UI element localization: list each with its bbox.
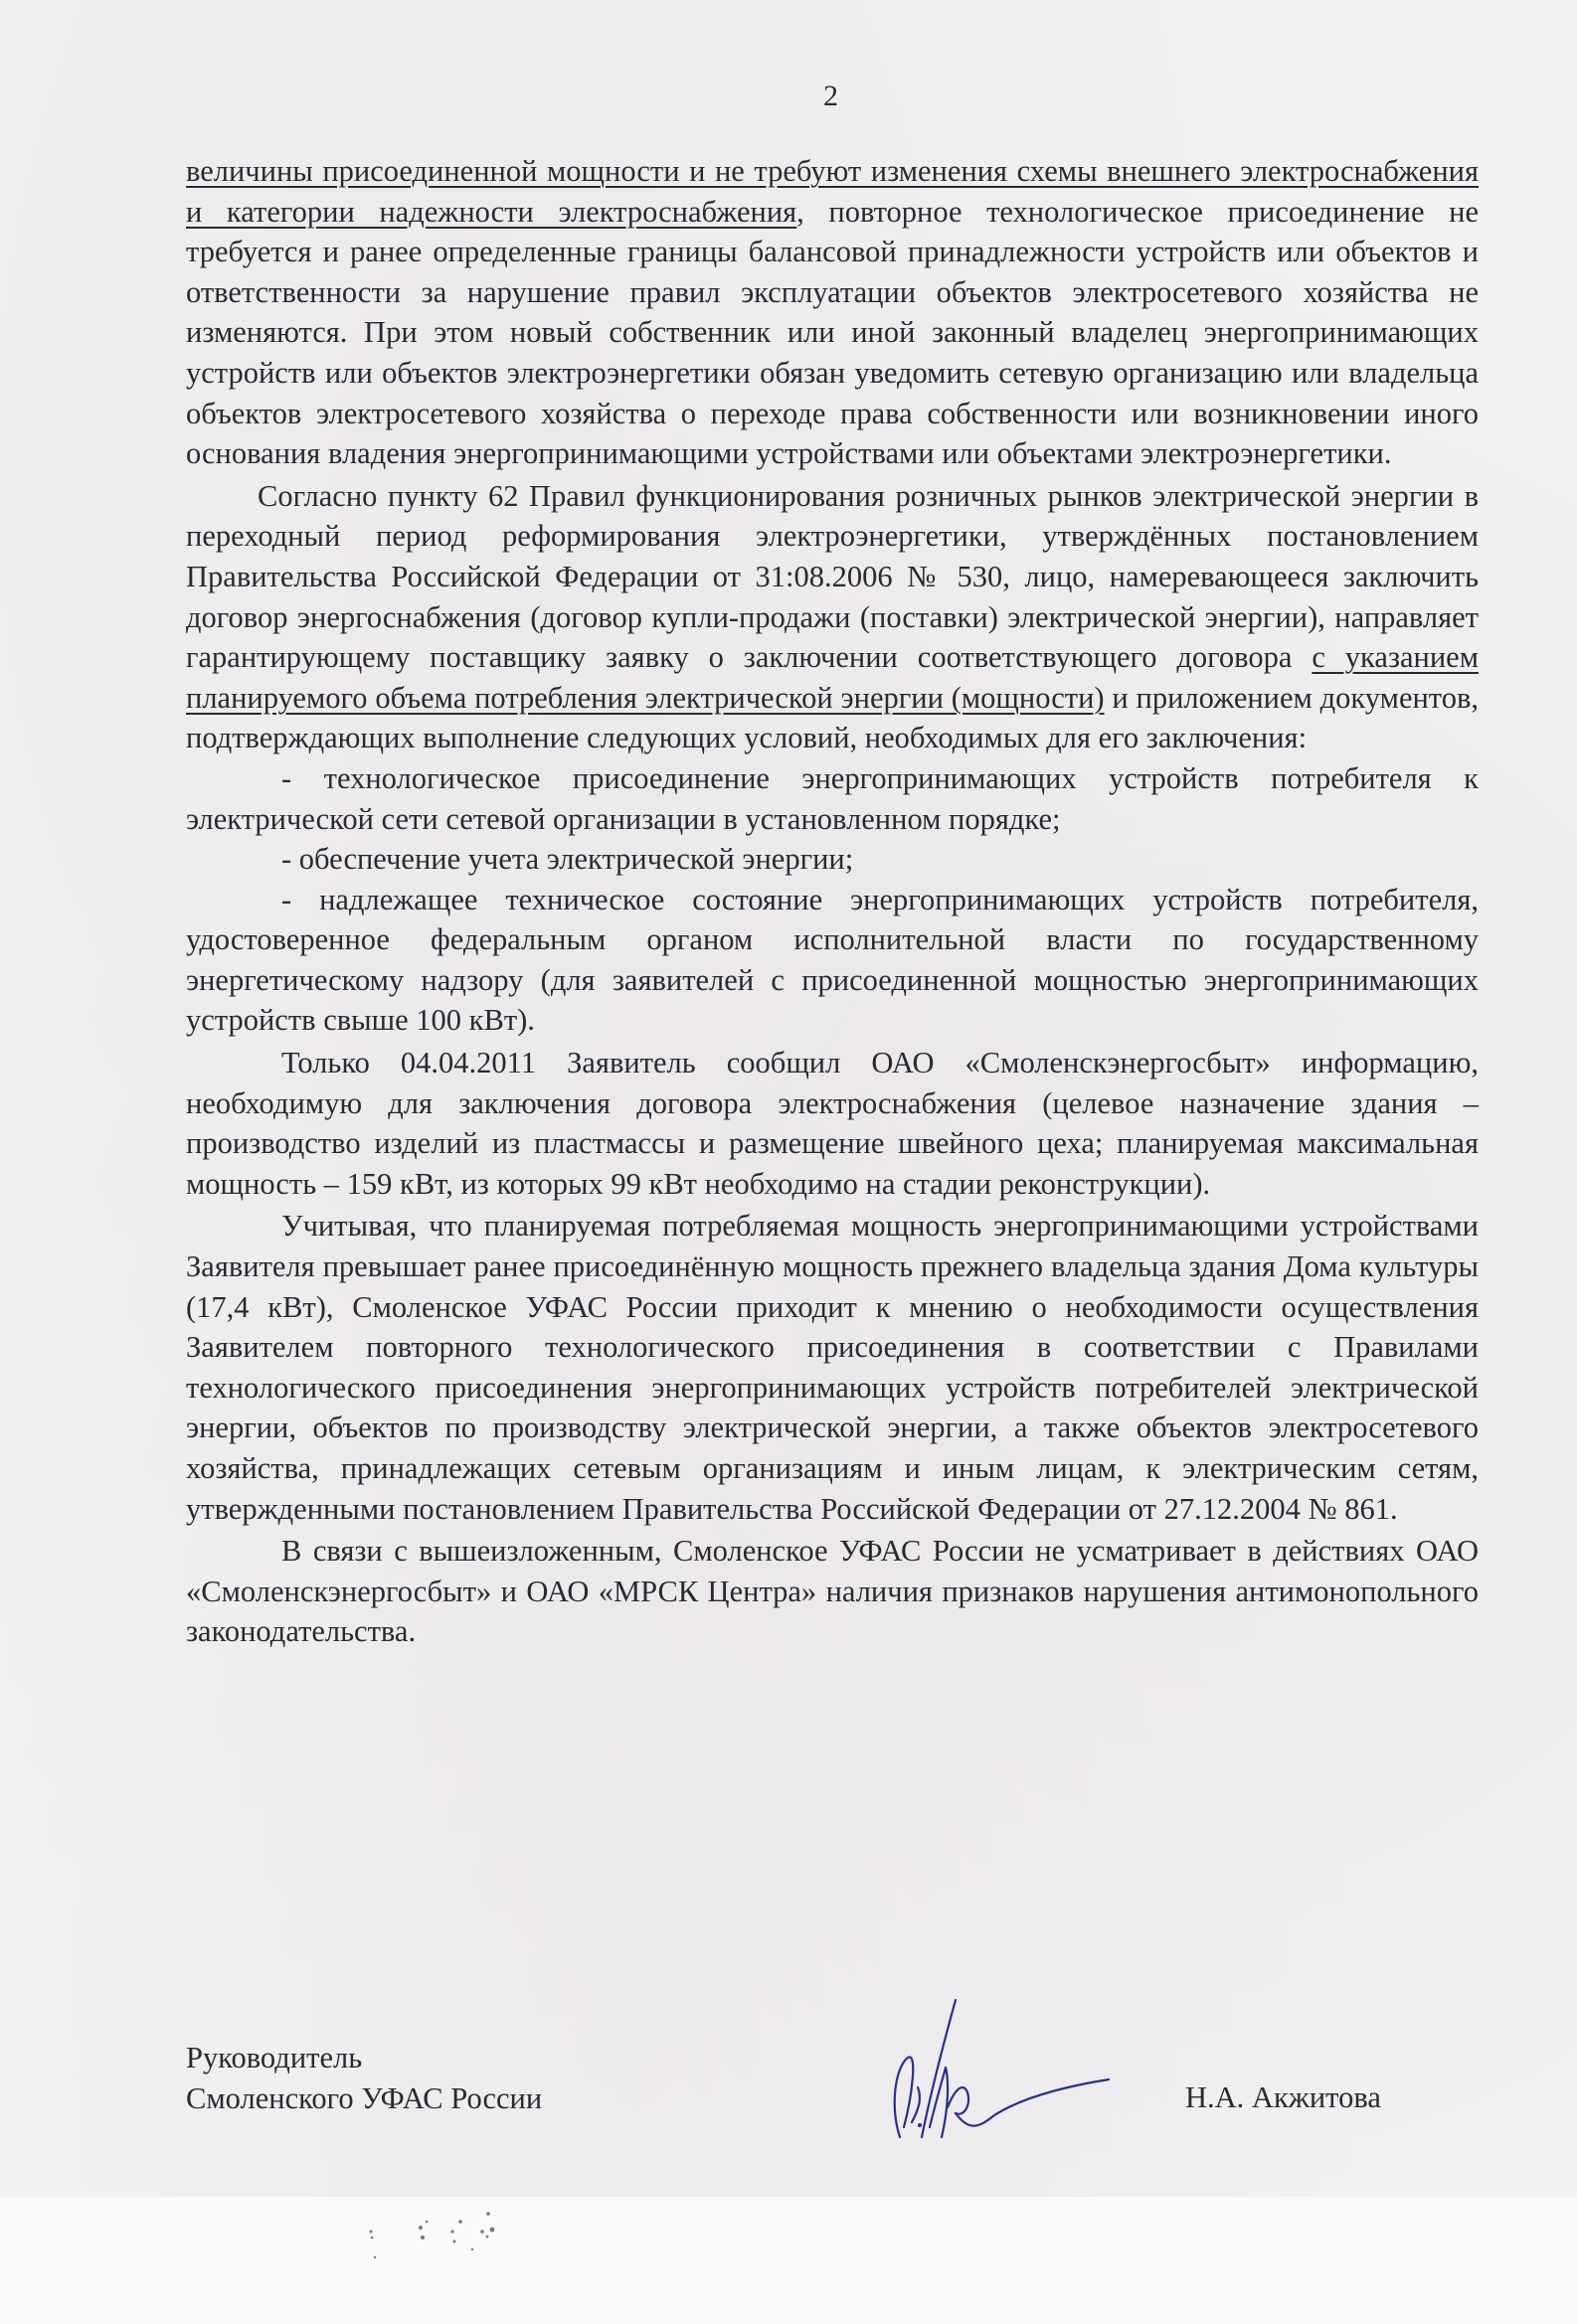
paragraph-1: величины присоединенной мощности и не тр… [186, 151, 1479, 474]
paragraph-3: Только 04.04.2011 Заявитель сообщил ОАО … [186, 1043, 1479, 1204]
paragraph-2: Согласно пункту 62 Правил функционирован… [186, 476, 1479, 758]
scanned-page: 2 величины присоединенной мощности и не … [0, 0, 1577, 2324]
signatory-title-line-1: Руководитель [186, 2038, 542, 2078]
page-bottom-margin [0, 2197, 1577, 2324]
handwritten-signature-icon [860, 1988, 1119, 2147]
paragraph-4: Учитывая, что планируемая потребляемая м… [186, 1206, 1479, 1529]
letter-body: величины присоединенной мощности и не тр… [186, 151, 1479, 1652]
signatory-title-line-2: Смоленского УФАС России [186, 2078, 542, 2119]
list-item: - надлежащее техническое состояние энерг… [186, 880, 1479, 1041]
faded-stamp-icon [353, 2202, 552, 2281]
paragraph-text: Согласно пункту 62 Правил функционирован… [186, 479, 1479, 674]
signatory-title: Руководитель Смоленского УФАС России [186, 2038, 542, 2119]
paragraph-5: В связи с вышеизложенным, Смоленское УФА… [186, 1531, 1479, 1652]
list-item: - технологическое присоединение энергопр… [186, 758, 1479, 839]
page-number: 2 [823, 80, 838, 113]
paragraph-text: , повторное технологическое присоединени… [186, 195, 1479, 471]
list-item: - обеспечение учета электрической энерги… [186, 839, 1479, 880]
signatory-name: Н.А. Акжитова [1185, 2077, 1381, 2118]
